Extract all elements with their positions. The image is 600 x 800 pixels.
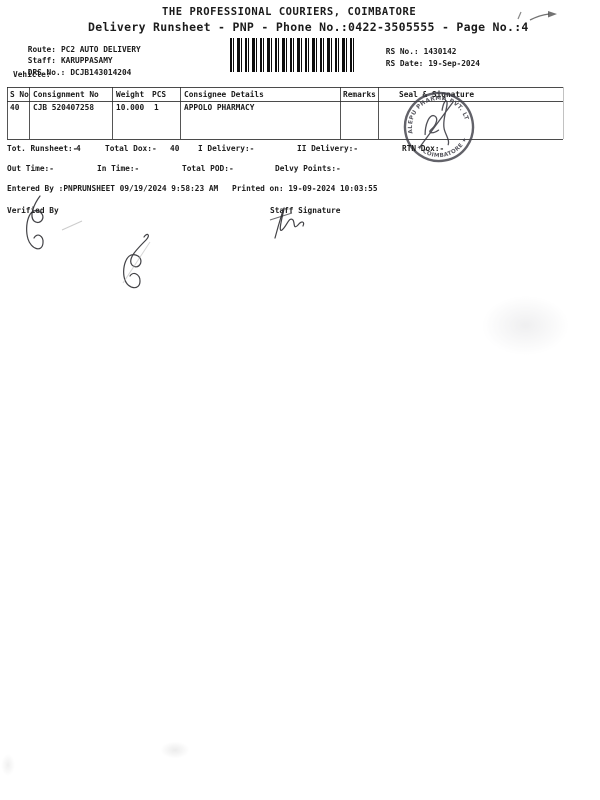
ii-delivery-label: II Delivery:- xyxy=(297,144,358,153)
company-title: THE PROFESSIONAL COURIERS, COIMBATORE xyxy=(162,6,416,18)
table-col-line-5 xyxy=(378,87,379,139)
total-pod-label: Total POD:- xyxy=(182,164,234,173)
col-header-remarks: Remarks xyxy=(343,90,376,99)
staff-signature-scribble xyxy=(262,196,324,242)
printed-on-text: Printed on: 19-09-2024 10:03:55 xyxy=(232,184,378,193)
in-time-label: In Time:- xyxy=(97,164,139,173)
cell-weight: 10.000 xyxy=(116,103,144,112)
col-header-s-no: S No xyxy=(10,90,29,99)
secondary-signature xyxy=(110,230,162,294)
drs-no-value: DCJB143014204 xyxy=(70,68,131,77)
pen-arrow-mark xyxy=(510,8,560,24)
i-delivery-label: I Delivery:- xyxy=(198,144,254,153)
tot-runsheet-value: 4 xyxy=(76,144,81,153)
svg-text:PALEPU PHARMA PVT. LTD.: PALEPU PHARMA PVT. LTD. xyxy=(388,80,470,138)
delvy-points-label: Delvy Points:- xyxy=(275,164,341,173)
runsheet-subtitle: Delivery Runsheet - PNP - Phone No.:0422… xyxy=(88,20,529,34)
table-col-line-right xyxy=(563,87,564,139)
seal-stamp: PALEPU PHARMA PVT. LTD. ★ COIMBATORE ★ xyxy=(388,80,490,174)
total-dox-label: Total Dox:- xyxy=(105,144,157,153)
tot-runsheet-label: Tot. Runsheet:- xyxy=(7,144,77,153)
runsheet-barcode xyxy=(230,38,357,72)
rs-date-label: RS Date: xyxy=(386,59,424,68)
col-header-pcs: PCS xyxy=(152,90,166,99)
cell-consignee: APPOLO PHARMACY xyxy=(184,103,254,112)
table-col-line-left xyxy=(7,87,8,139)
vehicle-label: Vehicle: xyxy=(13,70,51,79)
cell-consignment-no: CJB 520407258 xyxy=(33,103,94,112)
verified-by-signature xyxy=(14,190,90,260)
faint-smudge xyxy=(478,293,573,358)
faint-smudge xyxy=(0,752,16,778)
out-time-label: Out Time:- xyxy=(7,164,54,173)
scanned-runsheet-page: THE PROFESSIONAL COURIERS, COIMBATORE De… xyxy=(0,0,600,800)
stamp-arc-top-text: PALEPU PHARMA PVT. LTD. xyxy=(388,80,470,138)
table-col-line-3 xyxy=(180,87,181,139)
rtn-dox-label: RTN Dox:- xyxy=(402,144,444,153)
table-col-line-4 xyxy=(340,87,341,139)
col-header-weight: Weight xyxy=(116,90,144,99)
faint-smudge xyxy=(158,740,192,760)
table-col-line-1 xyxy=(29,87,30,139)
col-header-consignment-no: Consignment No xyxy=(33,90,99,99)
rs-date-value: 19-Sep-2024 xyxy=(428,59,480,68)
cell-pcs: 1 xyxy=(154,103,159,112)
total-dox-value: 40 xyxy=(170,144,179,153)
table-col-line-2 xyxy=(112,87,113,139)
cell-s-no: 40 xyxy=(10,103,19,112)
rs-date-field: RS Date:19-Sep-2024 xyxy=(367,50,480,77)
col-header-consignee-details: Consignee Details xyxy=(184,90,264,99)
